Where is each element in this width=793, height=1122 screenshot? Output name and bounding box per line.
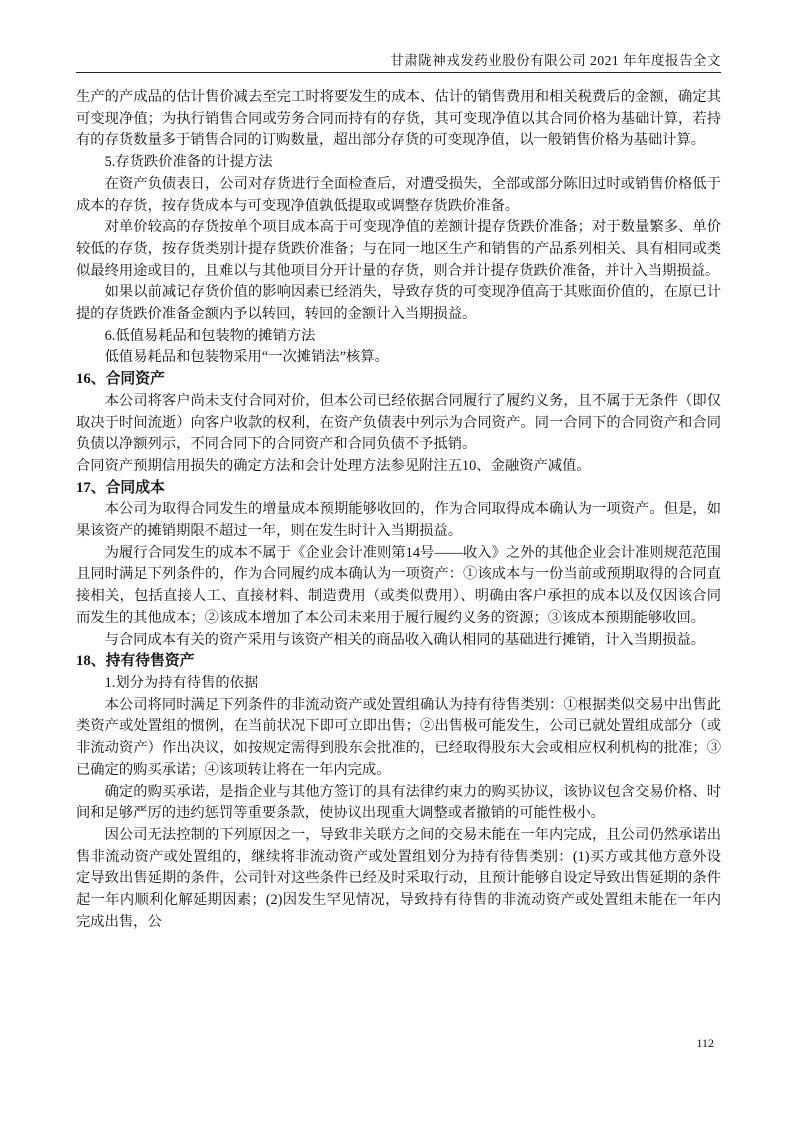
page-header: 甘肃陇神戎发药业股份有限公司 2021 年年度报告全文 xyxy=(76,0,721,73)
paragraph: 对单价较高的存货按单个项目成本高于可变现净值的差额计提存货跌价准备；对于数量繁多… xyxy=(76,217,721,282)
paragraph: 本公司为取得合同发生的增量成本预期能够收回的，作为合同取得成本确认为一项资产。但… xyxy=(76,499,721,542)
paragraph: 为履行合同发生的成本不属于《企业会计准则第14号——收入》之外的其他企业会计准则… xyxy=(76,543,721,630)
paragraph-continued: 生产的产成品的估计售价减去至完工时将要发生的成本、估计的销售费用和相关税费后的金… xyxy=(76,87,721,152)
report-page: 甘肃陇神戎发药业股份有限公司 2021 年年度报告全文 生产的产成品的估计售价减… xyxy=(0,0,793,1122)
header-title: 甘肃陇神戎发药业股份有限公司 2021 年年度报告全文 xyxy=(390,53,721,68)
paragraph: 低值易耗品和包装物采用“一次摊销法”核算。 xyxy=(76,347,721,369)
section-heading-17-contract-costs: 17、合同成本 xyxy=(76,478,721,500)
paragraph: 本公司将同时满足下列条件的非流动资产或处置组确认为持有待售类别：①根据类似交易中… xyxy=(76,695,721,782)
section-heading-18-held-for-sale-assets: 18、持有待售资产 xyxy=(76,651,721,673)
sub-item-5: 5.存货跌价准备的计提方法 xyxy=(76,152,721,174)
paragraph: 因公司无法控制的下列原因之一，导致非关联方之间的交易未能在一年内完成，且公司仍然… xyxy=(76,825,721,934)
paragraph: 如果以前减记存货价值的影响因素已经消失，导致存货的可变现净值高于其账面价值的，在… xyxy=(76,282,721,325)
page-content: 生产的产成品的估计售价减去至完工时将要发生的成本、估计的销售费用和相关税费后的金… xyxy=(76,87,721,933)
paragraph-noindent: 合同资产预期信用损失的确定方法和会计处理方法参见附注五10、金融资产减值。 xyxy=(76,456,721,478)
sub-item-6: 6.低值易耗品和包装物的摊销方法 xyxy=(76,326,721,348)
paragraph: 与合同成本有关的资产采用与该资产相关的商品收入确认相同的基础进行摊销，计入当期损… xyxy=(76,630,721,652)
paragraph: 在资产负债表日，公司对存货进行全面检查后，对遭受损失，全部或部分陈旧过时或销售价… xyxy=(76,174,721,217)
section-heading-16-contract-assets: 16、合同资产 xyxy=(76,369,721,391)
paragraph: 确定的购买承诺，是指企业与其他方签订的具有法律约束力的购买协议，该协议包含交易价… xyxy=(76,782,721,825)
page-footer: 112 xyxy=(696,1036,714,1051)
sub-item-1: 1.划分为持有待售的依据 xyxy=(76,673,721,695)
page-number: 112 xyxy=(696,1036,714,1050)
paragraph: 本公司将客户尚未支付合同对价，但本公司已经依据合同履行了履约义务，且不属于无条件… xyxy=(76,391,721,456)
